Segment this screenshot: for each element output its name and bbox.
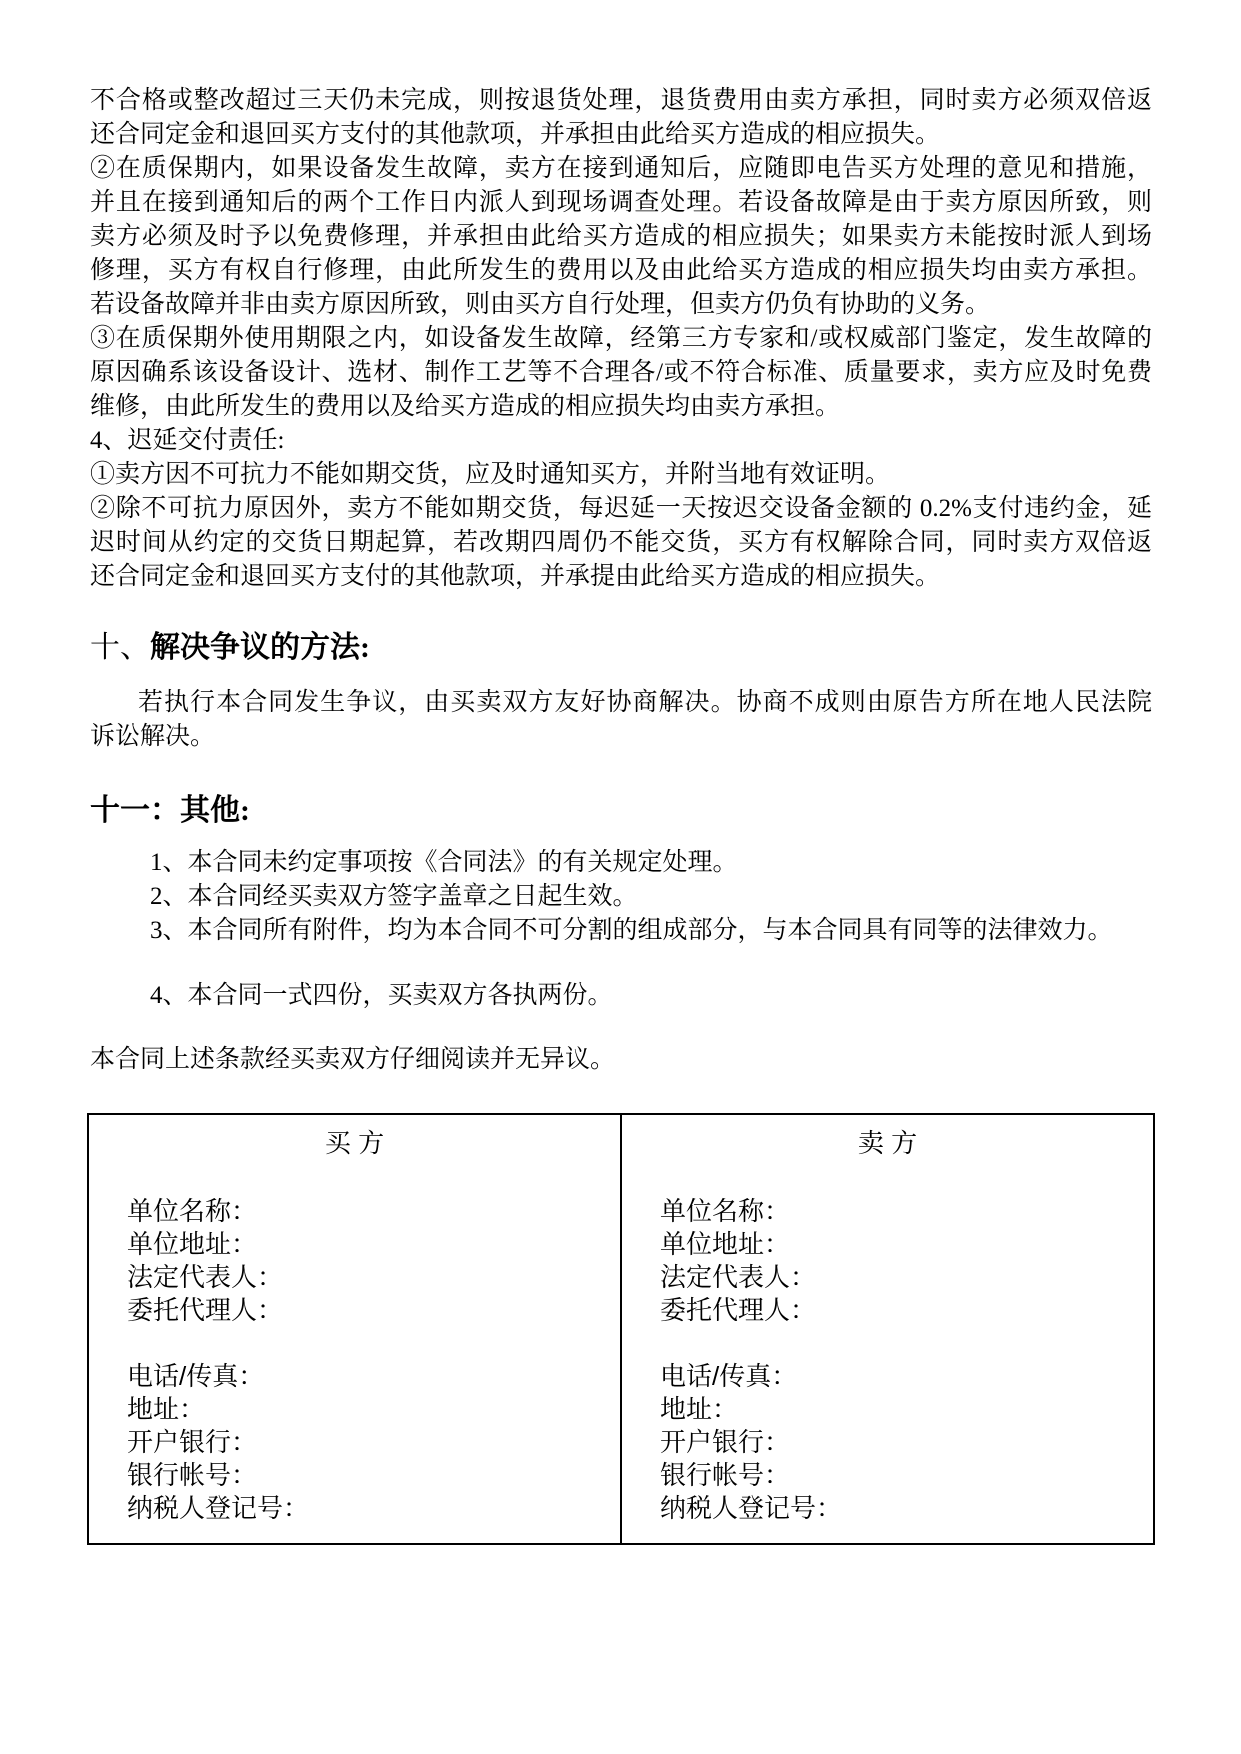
clause-text-line: 卖方必须及时予以免费修理，并承担由此给买方造成的相应损失；如果卖方未能按时派人到…	[90, 220, 1152, 254]
field-label: 电话/传真：	[660, 1360, 1153, 1393]
section-11-number: 十一：	[90, 794, 180, 827]
clause-text-line: 若设备故障并非由卖方原因所致，则由买方自行处理，但卖方仍负有协助的义务。	[90, 288, 1152, 322]
seller-fields: 单位名称： 单位地址： 法定代表人： 委托代理人： 电话/传真： 地址： 开	[622, 1195, 1153, 1525]
clause-text-line: 维修，由此所发生的费用以及给买方造成的相应损失均由卖方承担。	[90, 390, 1152, 424]
clause-text-line: 4、迟延交付责任:	[90, 424, 1152, 458]
closing-statement: 本合同上述条款经买卖双方仔细阅读并无异议。	[90, 1043, 1152, 1077]
list-item: 1、本合同未约定事项按《合同法》的有关规定处理。	[90, 846, 1152, 880]
clause-text-line: 修理，买方有权自行修理，由此所发生的费用以及由此给买方造成的相应损失均由卖方承担…	[90, 254, 1152, 288]
field-label: 地址：	[660, 1393, 1153, 1426]
field-label: 委托代理人：	[127, 1294, 620, 1327]
field-label: 单位名称：	[660, 1195, 1153, 1228]
section-10-text-line: 若执行本合同发生争议，由买卖双方友好协商解决。协商不成则由原告方所在地人民法院	[90, 686, 1152, 720]
clause-text-line: 还合同定金和退回买方支付的其他款项，并承担由此给买方造成的相应损失。	[90, 118, 1152, 152]
section-10-heading: 十、解决争议的方法:	[90, 626, 1152, 670]
clause-text-line: ③在质保期外使用期限之内，如设备发生故障，经第三方专家和/或权威部门鉴定，发生故…	[90, 322, 1152, 356]
field-label: 银行帐号：	[127, 1459, 620, 1492]
warranty-clause-paragraphs: 不合格或整改超过三天仍未完成，则按退货处理，退货费用由卖方承担，同时卖方必须双倍…	[90, 84, 1152, 594]
field-label: 纳税人登记号：	[660, 1492, 1153, 1525]
clause-text-line: 还合同定金和退回买方支付的其他款项，并承提由此给买方造成的相应损失。	[90, 560, 1152, 594]
list-item: 3、本合同所有附件，均为本合同不可分割的组成部分，与本合同具有同等的法律效力。	[90, 914, 1152, 948]
field-label	[660, 1327, 1153, 1360]
seller-cell: 卖 方 单位名称： 单位地址： 法定代表人： 委托代理人： 电话/传真：	[622, 1115, 1153, 1543]
section-11-heading: 十一：其他:	[90, 789, 1152, 833]
list-item: 2、本合同经买卖双方签字盖章之日起生效。	[90, 880, 1152, 914]
contract-page: 不合格或整改超过三天仍未完成，则按退货处理，退货费用由卖方承担，同时卖方必须双倍…	[0, 0, 1241, 1754]
section-10-body: 若执行本合同发生争议，由买卖双方友好协商解决。协商不成则由原告方所在地人民法院 …	[90, 686, 1152, 754]
field-label: 纳税人登记号：	[127, 1492, 620, 1525]
clause-text-line: 迟时间从约定的交货日期起算，若改期四周仍不能交货，买方有权解除合同，同时卖方双倍…	[90, 526, 1152, 560]
field-label: 地址：	[127, 1393, 620, 1426]
clause-text-line: ①卖方因不可抗力不能如期交货，应及时通知买方，并附当地有效证明。	[90, 458, 1152, 492]
field-label: 开户银行：	[127, 1426, 620, 1459]
clause-text-line: ②在质保期内，如果设备发生故障，卖方在接到通知后，应随即电告买方处理的意见和措施…	[90, 152, 1152, 186]
clause-text-line: 并且在接到通知后的两个工作日内派人到现场调查处理。若设备故障是由于卖方原因所致，…	[90, 186, 1152, 220]
section-10-text-line: 诉讼解决。	[90, 720, 1152, 754]
field-label: 单位名称：	[127, 1195, 620, 1228]
field-label: 单位地址：	[127, 1228, 620, 1261]
field-label: 开户银行：	[660, 1426, 1153, 1459]
field-label	[127, 1327, 620, 1360]
field-label: 单位地址：	[660, 1228, 1153, 1261]
field-label: 法定代表人：	[127, 1261, 620, 1294]
contract-content: 不合格或整改超过三天仍未完成，则按退货处理，退货费用由卖方承担，同时卖方必须双倍…	[90, 84, 1152, 1545]
buyer-fields: 单位名称： 单位地址： 法定代表人： 委托代理人： 电话/传真： 地址： 开	[89, 1195, 620, 1525]
section-11-list: 1、本合同未约定事项按《合同法》的有关规定处理。 2、本合同经买卖双方签字盖章之…	[90, 846, 1152, 1013]
signature-table: 买 方 单位名称： 单位地址： 法定代表人： 委托代理人： 电话/传真：	[87, 1113, 1155, 1545]
field-label: 银行帐号：	[660, 1459, 1153, 1492]
field-label: 委托代理人：	[660, 1294, 1153, 1327]
seller-header: 卖 方	[622, 1126, 1153, 1160]
section-10-number: 十、	[90, 631, 150, 664]
buyer-cell: 买 方 单位名称： 单位地址： 法定代表人： 委托代理人： 电话/传真：	[89, 1115, 622, 1543]
section-11-title: 其他:	[180, 794, 250, 827]
field-label: 电话/传真：	[127, 1360, 620, 1393]
clause-text-line: 原因确系该设备设计、选材、制作工艺等不合理各/或不符合标准、质量要求，卖方应及时…	[90, 356, 1152, 390]
field-label: 法定代表人：	[660, 1261, 1153, 1294]
clause-text-line: 不合格或整改超过三天仍未完成，则按退货处理，退货费用由卖方承担，同时卖方必须双倍…	[90, 84, 1152, 118]
clause-text-line: ②除不可抗力原因外，卖方不能如期交货，每迟延一天按迟交设备金额的 0.2%支付违…	[90, 492, 1152, 526]
section-10-title: 解决争议的方法:	[150, 631, 370, 664]
list-item: 4、本合同一式四份，买卖双方各执两份。	[90, 979, 1152, 1013]
buyer-header: 买 方	[89, 1126, 620, 1160]
